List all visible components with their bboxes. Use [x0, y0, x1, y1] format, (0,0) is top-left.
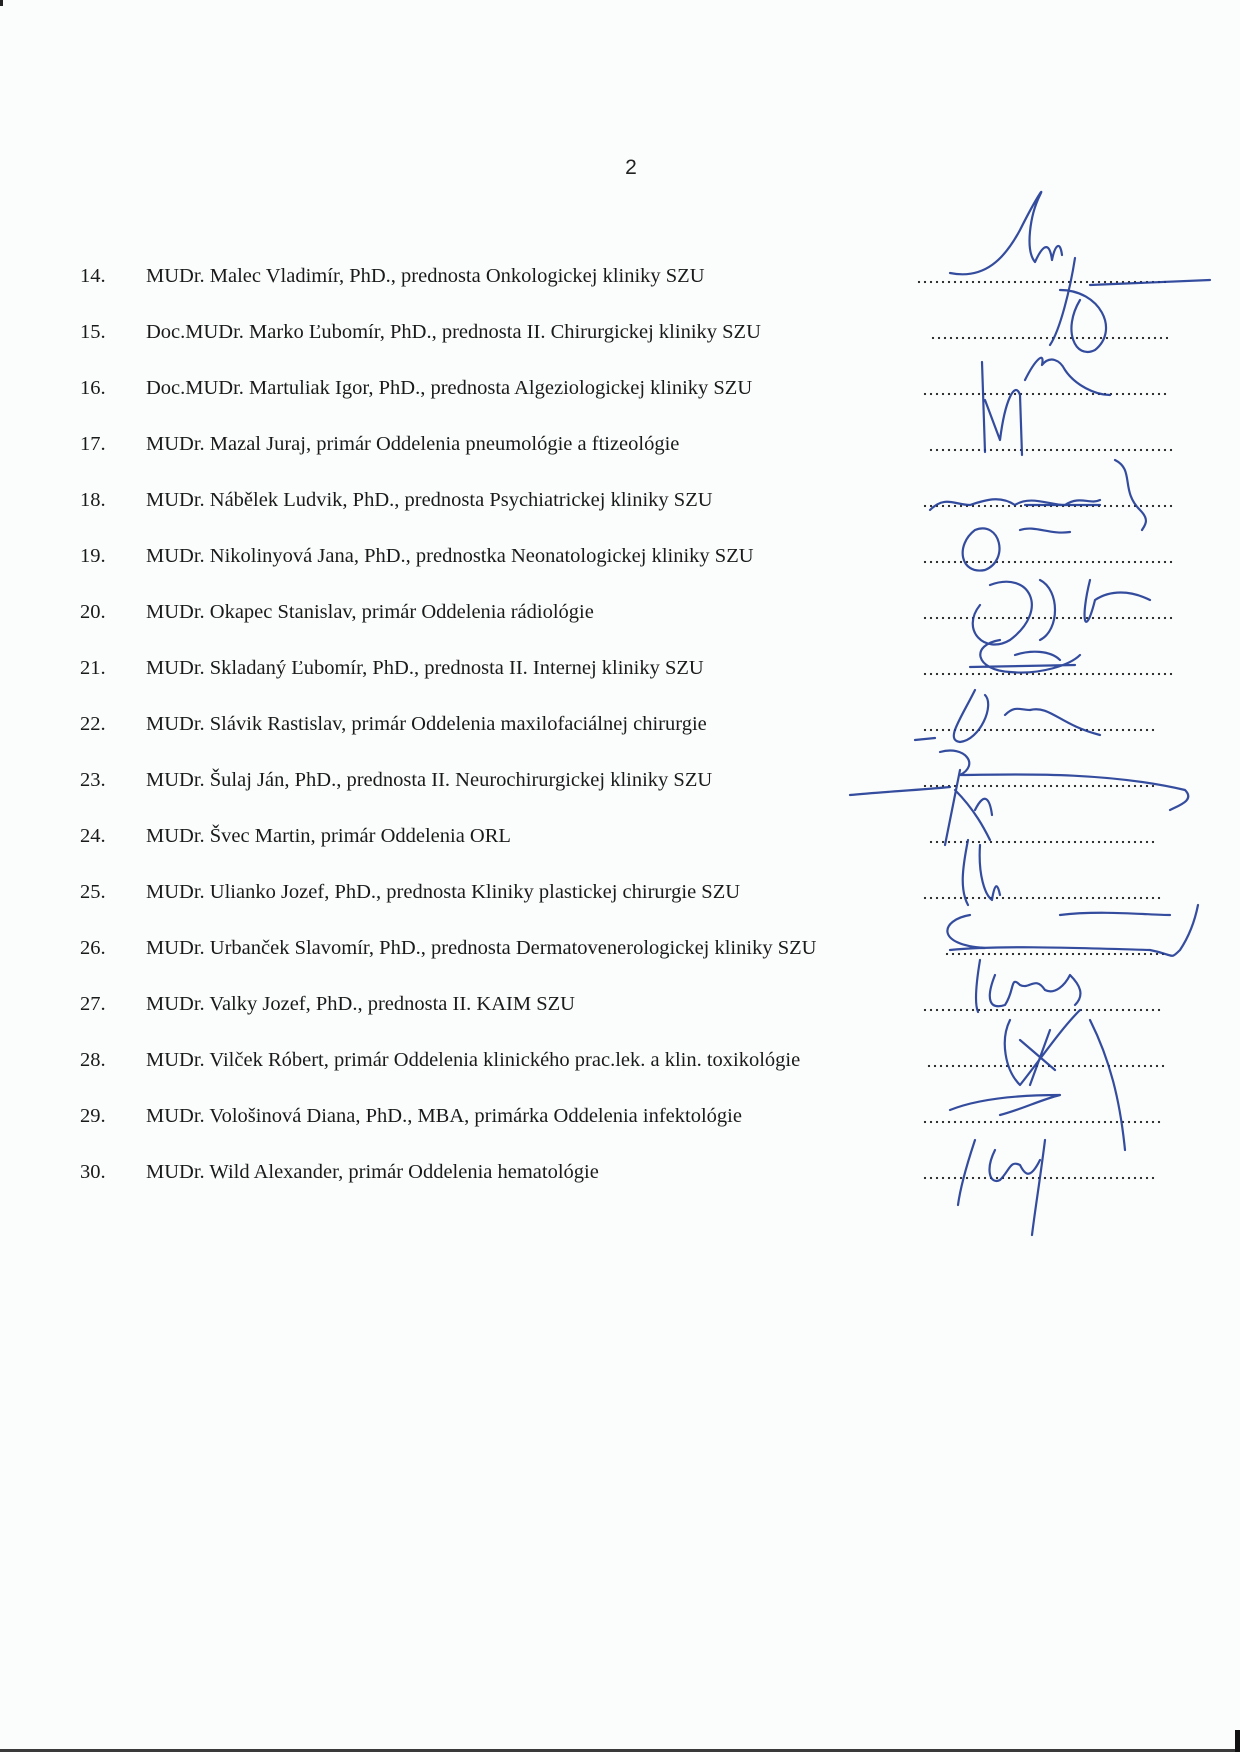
item-number: 28.: [80, 1046, 106, 1074]
item-number: 19.: [80, 542, 106, 570]
item-number: 15.: [80, 318, 106, 346]
signature-line: [922, 392, 1168, 396]
list-item: 28. MUDr. Vilček Róbert, primár Oddeleni…: [0, 1046, 1240, 1074]
signature-line: [922, 784, 1156, 788]
list-item: 27. MUDr. Valky Jozef, PhD., prednosta I…: [0, 990, 1240, 1018]
signature-line: [922, 504, 1174, 508]
item-text: MUDr. Nábělek Ludvik, PhD., prednosta Ps…: [146, 486, 713, 514]
item-number: 29.: [80, 1102, 106, 1130]
item-number: 16.: [80, 374, 106, 402]
item-text: MUDr. Ulianko Jozef, PhD., prednosta Kli…: [146, 878, 740, 906]
list-item: 14. MUDr. Malec Vladimír, PhD., prednost…: [0, 262, 1240, 290]
signature-line: [944, 952, 1168, 956]
list-item: 26. MUDr. Urbanček Slavomír, PhD., predn…: [0, 934, 1240, 962]
item-number: 21.: [80, 654, 106, 682]
signature-line: [922, 728, 1156, 732]
list-item: 30. MUDr. Wild Alexander, primár Oddelen…: [0, 1158, 1240, 1186]
signature-line: [922, 896, 1162, 900]
list-item: 22. MUDr. Slávik Rastislav, primár Oddel…: [0, 710, 1240, 738]
item-number: 26.: [80, 934, 106, 962]
scan-edge-mark: [0, 0, 3, 6]
item-number: 23.: [80, 766, 106, 794]
list-item: 18. MUDr. Nábělek Ludvik, PhD., prednost…: [0, 486, 1240, 514]
item-number: 22.: [80, 710, 106, 738]
item-text: MUDr. Slávik Rastislav, primár Oddelenia…: [146, 710, 707, 738]
signature-line: [928, 840, 1156, 844]
signature-line: [922, 1120, 1162, 1124]
signature-line: [922, 672, 1174, 676]
item-number: 25.: [80, 878, 106, 906]
list-item: 24. MUDr. Švec Martin, primár Oddelenia …: [0, 822, 1240, 850]
list-item: 29. MUDr. Vološinová Diana, PhD., MBA, p…: [0, 1102, 1240, 1130]
item-number: 24.: [80, 822, 106, 850]
signature-line: [922, 560, 1174, 564]
item-number: 20.: [80, 598, 106, 626]
list-item: 23. MUDr. Šulaj Ján, PhD., prednosta II.…: [0, 766, 1240, 794]
signature-line: [916, 280, 1168, 284]
item-text: MUDr. Vološinová Diana, PhD., MBA, primá…: [146, 1102, 742, 1130]
scan-edge-right: [1235, 1730, 1240, 1752]
signature-line: [922, 1176, 1156, 1180]
item-text: MUDr. Šulaj Ján, PhD., prednosta II. Neu…: [146, 766, 712, 794]
item-text: MUDr. Švec Martin, primár Oddelenia ORL: [146, 822, 511, 850]
item-number: 14.: [80, 262, 106, 290]
list-item: 17. MUDr. Mazal Juraj, primár Oddelenia …: [0, 430, 1240, 458]
list-item: 15. Doc.MUDr. Marko Ľubomír, PhD., predn…: [0, 318, 1240, 346]
item-text: MUDr. Malec Vladimír, PhD., prednosta On…: [146, 262, 705, 290]
item-text: MUDr. Valky Jozef, PhD., prednosta II. K…: [146, 990, 575, 1018]
item-text: MUDr. Skladaný Ľubomír, PhD., prednosta …: [146, 654, 704, 682]
signature-line: [922, 1008, 1162, 1012]
page-number: 2: [0, 156, 1240, 180]
signature-line: [928, 448, 1174, 452]
item-number: 17.: [80, 430, 106, 458]
signature-line: [922, 616, 1174, 620]
item-text: MUDr. Vilček Róbert, primár Oddelenia kl…: [146, 1046, 800, 1074]
item-text: MUDr. Urbanček Slavomír, PhD., prednosta…: [146, 934, 816, 962]
item-number: 30.: [80, 1158, 106, 1186]
signature-line: [926, 1064, 1166, 1068]
list-item: 19. MUDr. Nikolinyová Jana, PhD., predno…: [0, 542, 1240, 570]
item-text: MUDr. Mazal Juraj, primár Oddelenia pneu…: [146, 430, 679, 458]
item-text: MUDr. Nikolinyová Jana, PhD., prednostka…: [146, 542, 754, 570]
list-item: 16. Doc.MUDr. Martuliak Igor, PhD., pred…: [0, 374, 1240, 402]
item-number: 18.: [80, 486, 106, 514]
item-text: Doc.MUDr. Martuliak Igor, PhD., prednost…: [146, 374, 752, 402]
list-item: 25. MUDr. Ulianko Jozef, PhD., prednosta…: [0, 878, 1240, 906]
item-text: MUDr. Wild Alexander, primár Oddelenia h…: [146, 1158, 599, 1186]
signature-line: [930, 336, 1168, 340]
item-number: 27.: [80, 990, 106, 1018]
item-text: MUDr. Okapec Stanislav, primár Oddelenia…: [146, 598, 594, 626]
item-text: Doc.MUDr. Marko Ľubomír, PhD., prednosta…: [146, 318, 761, 346]
list-item: 21. MUDr. Skladaný Ľubomír, PhD., predno…: [0, 654, 1240, 682]
list-item: 20. MUDr. Okapec Stanislav, primár Oddel…: [0, 598, 1240, 626]
